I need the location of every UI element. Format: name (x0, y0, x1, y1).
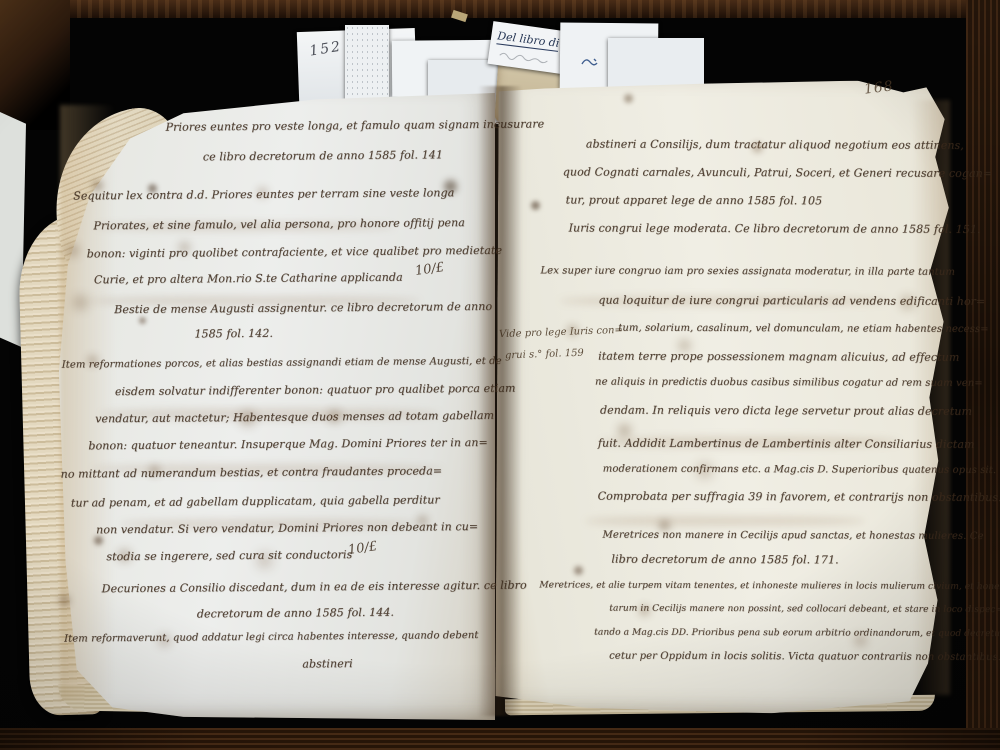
tab-152-label: 152 (308, 39, 343, 60)
left-page (50, 88, 495, 720)
manuscript-photo: 152 Del libro di Priores euntes pro vest… (0, 0, 1000, 750)
left-page-edge-browning (60, 105, 115, 700)
wood-table-top-edge (0, 0, 1000, 18)
blue-ink-mark (580, 55, 604, 69)
right-page-edge-browning (912, 100, 950, 695)
bleedthrough-streak (95, 222, 395, 231)
wood-table-right-edge (966, 0, 1000, 750)
bookmark-tab-speckled (345, 25, 389, 105)
bleedthrough-streak (120, 519, 420, 529)
bleedthrough-streak (92, 464, 442, 474)
bleedthrough-streak (585, 516, 865, 526)
ink-stain-spots (0, 0, 5, 5)
right-page (495, 79, 958, 714)
bleedthrough-streak (100, 408, 440, 420)
wood-table-bottom-edge (0, 728, 1000, 750)
bleedthrough-streak (560, 296, 890, 306)
bleedthrough-streak (600, 436, 900, 448)
book-gutter-shadow (478, 86, 522, 716)
bleedthrough-streak (90, 296, 420, 306)
illegible-pencil-note (498, 49, 551, 66)
tab-del-libro-label: Del libro di (496, 29, 560, 51)
